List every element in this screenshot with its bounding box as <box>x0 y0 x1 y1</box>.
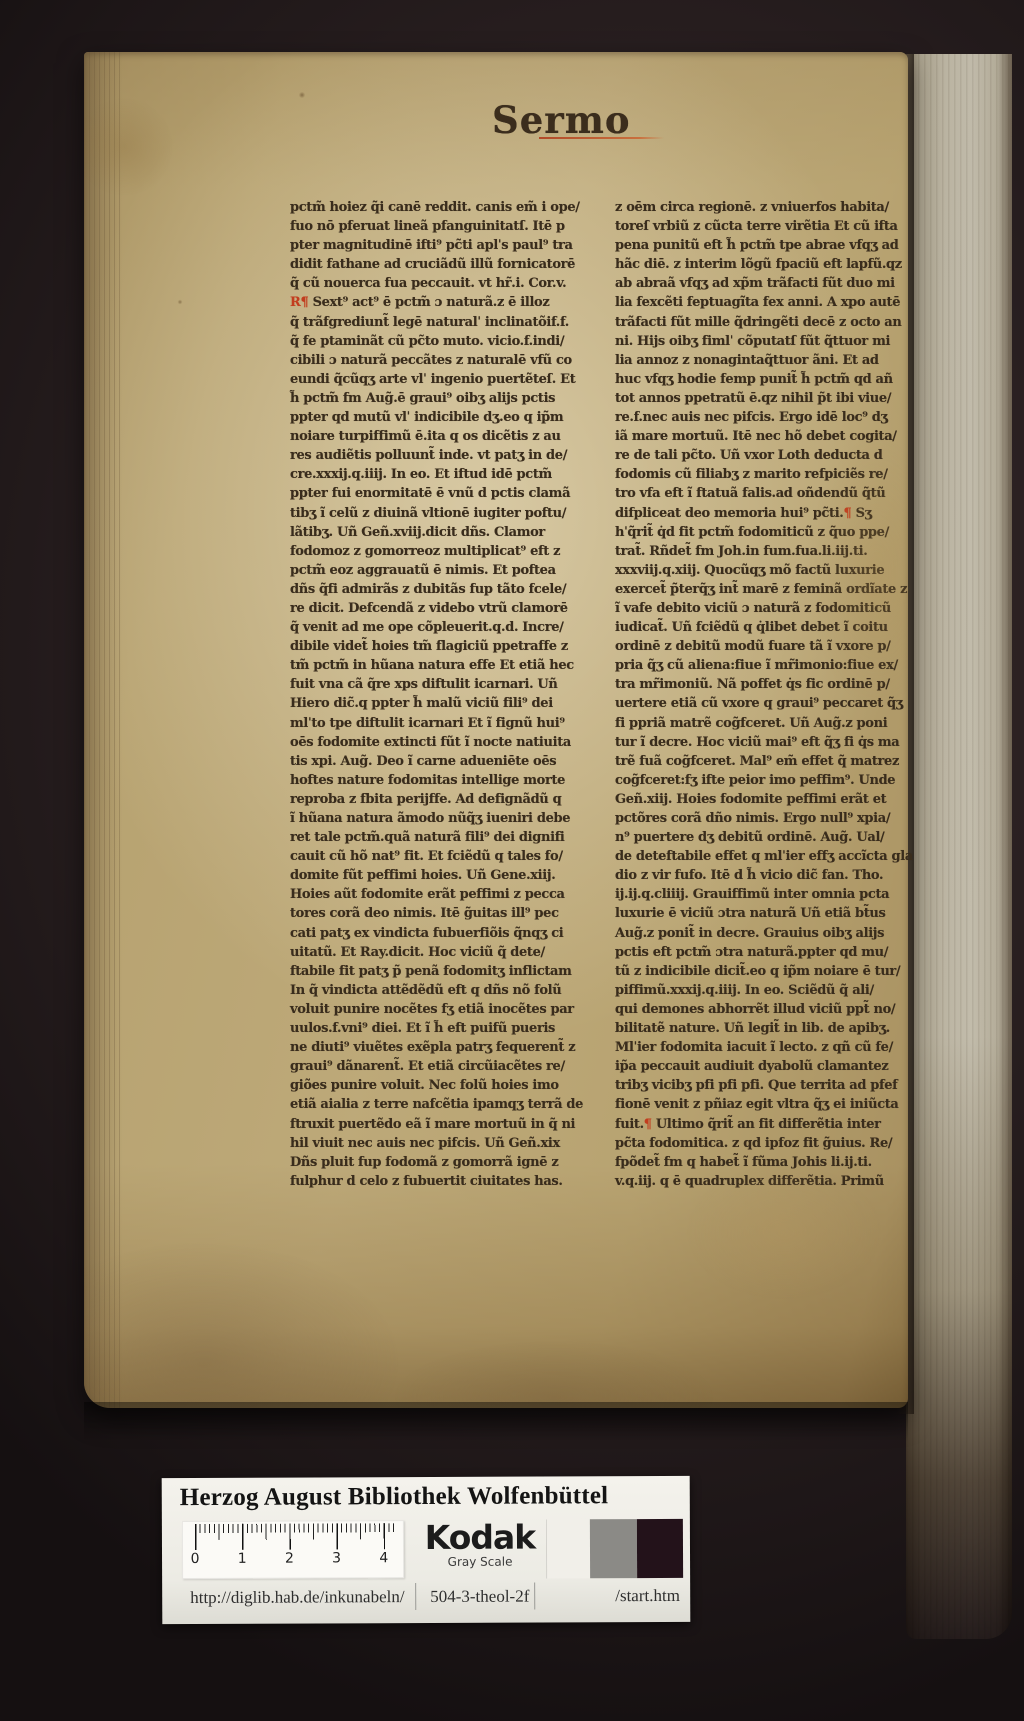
rubrication-mark: R¶ <box>290 295 313 310</box>
text-line: Dñs pluit fup fodomã z gomorrã ignē z <box>290 1153 590 1172</box>
ruler-major-ticks <box>195 1523 398 1550</box>
manuscript-page: Sermo pctm̃ hoiez q̃i canē reddit. canis… <box>84 52 908 1408</box>
text-line: iudicat̃. Uñ fciẽdũ q q̇libet debet ĩ co… <box>615 618 915 637</box>
base-url: http://diglib.hab.de/inkunabeln/ <box>190 1587 404 1608</box>
text-line: voluit punire nocẽtes fʒ etiã inocẽtes p… <box>290 1000 590 1019</box>
text-line: tis xpi. Aug̃. Deo ĩ carne adueniēte oēs <box>290 752 590 771</box>
url-separator <box>415 1583 416 1610</box>
text-line: pter magnitudinē ifti⁹ pc̃ti aplˈs paul⁹… <box>290 236 590 255</box>
text-line: z oēm circa regionē. z vniuerfos habita/ <box>615 198 915 217</box>
text-line: ppter qd mutũ vlˈ indicibile dʒ.eo q ip̃… <box>290 408 590 427</box>
text-line: re de tali pc̃to. Uñ vxor Loth deducta d <box>615 446 915 465</box>
left-page-edges <box>84 52 122 1408</box>
text-line: fionē venit z pñiaz egit vltra q̃ʒ ei in… <box>615 1095 915 1114</box>
text-line: ftruxit puertẽdo eã ĩ mare mortuũ in q̃ … <box>290 1115 590 1134</box>
text-column-right: z oēm circa regionē. z vniuerfos habita/… <box>615 198 915 1191</box>
gray-scale-chip-dark <box>637 1519 683 1578</box>
text-line: Mlˈier fodomita iacuit ĩ lecto. z qñ cũ … <box>615 1038 915 1057</box>
text-line: hˈq̃rit̃ q̇d fit pctm̃ fodomiticũ z q̃uo… <box>615 523 915 542</box>
text-line: ĩ vafe debito viciũ ɔ naturã z fodomitic… <box>615 599 915 618</box>
text-line: tores corã deo nimis. Itē g̃uitas ill⁹ p… <box>290 904 590 923</box>
text-line: noiare turpiffimũ ē.ita q os dicẽtis z a… <box>290 427 590 446</box>
text-line: cre.xxxij.q.iiij. In eo. Et iftud idē pc… <box>290 465 590 484</box>
text-line: lãtibʒ. Uñ Geñ.xviij.dicit dñs. Clamor <box>290 523 590 542</box>
text-line: re dicit. Defcendã z videbo vtrũ clamorē <box>290 599 590 618</box>
url-separator <box>534 1583 535 1610</box>
text-line: pctõres corã dño nimis. Ergo null⁹ xpia/ <box>615 809 915 828</box>
text-line: tribʒ vicibʒ pfi pfi pfi. Que territa ad… <box>615 1076 915 1095</box>
text-line: q̃ cũ nouerca fua peccauit. vt hr̃.i. Co… <box>290 274 590 293</box>
text-line: dñs q̃fi admirãs z dubitãs fup tãto fcel… <box>290 580 590 599</box>
text-line: hoftes nature fodomitas intellige morte <box>290 771 590 790</box>
text-line: R¶ Sext⁹ act⁹ ē pctm̃ ɔ naturã.z ē illoz <box>290 293 590 312</box>
book-fore-edge-pages <box>906 54 1012 1639</box>
text-line: fodomis cũ filiabʒ z marito refpiciẽs re… <box>615 465 915 484</box>
text-column-left: pctm̃ hoiez q̃i canē reddit. canis em̃ i… <box>290 198 590 1191</box>
text-line: trat̃. Rñdet̃ fm Joh.in fum.fua.li.iij.t… <box>615 542 915 561</box>
text-line: mlˈto tpe diftulit icarnari Et ĩ fignũ h… <box>290 714 590 733</box>
text-line: q̃ trãfgrediunt̃ legē naturalˈ inclinatõ… <box>290 313 590 332</box>
text-line: h̃ pctm̃ fm Aug̃.ē graui⁹ oibʒ alijs pct… <box>290 389 590 408</box>
text-line: res audiẽtis polluunt̃ inde. vt patʒ in … <box>290 446 590 465</box>
ruler-numbers: 01234 <box>182 1550 404 1571</box>
ruler-number: 3 <box>332 1550 341 1566</box>
text-line: xxxviij.q.xiij. Quocũqʒ mõ factũ luxurie <box>615 561 915 580</box>
text-line: hãc diē. z interim lõgũ fpaciũ eft lapfũ… <box>615 255 915 274</box>
running-title: Sermo <box>492 98 631 142</box>
text-line: dibile videt̃ hoies tm̃ flagiciũ ppetraf… <box>290 637 590 656</box>
text-line: q̃ venit ad me ope cõpleuerit.q.d. Incre… <box>290 618 590 637</box>
text-line: fuit vna cã q̃re xps diftulit icarnari. … <box>290 675 590 694</box>
text-line: huc vfqʒ hodie femp punit̃ h̃ pctm̃ qd a… <box>615 370 915 389</box>
text-line: uulos.f.vni⁹ diei. Et ĩ h̃ eft puifũ pue… <box>290 1019 590 1038</box>
text-line: bilitatẽ nature. Uñ legit̃ in lib. de ap… <box>615 1019 915 1038</box>
text-line: graui⁹ dãnarent̃. Et etiã circũiacẽtes r… <box>290 1057 590 1076</box>
text-line: exercet̃ p̃terq̃ʒ int̃ marē z feminã ord… <box>615 580 915 599</box>
text-line: pena punitũ eft h̃ pctm̃ tpe abrae vfqʒ … <box>615 236 915 255</box>
text-line: re.f.nec auis nec pifcis. Ergo idē loc⁹ … <box>615 408 915 427</box>
text-line: fuit.¶ Ultimo q̃rit̃ an fit differẽtia i… <box>615 1115 915 1134</box>
text-line: ftabile fit patʒ p̃ penã fodomitʒ inflic… <box>290 962 590 981</box>
gray-scale-chip-gray <box>590 1519 637 1578</box>
text-line: trẽ fuã cog̃fceret. Mal⁹ em̃ effet q̃ ma… <box>615 752 915 771</box>
ruler-number: 2 <box>285 1551 294 1567</box>
text-line: lia annoz z nonagintaq̃ttuor ãni. Et ad <box>615 351 915 370</box>
text-line: toreſ vrbiũ z cũcta terre virẽtia Et cũ … <box>615 217 915 236</box>
text-line: uertere etiã cũ vxore q graui⁹ peccaret … <box>615 694 915 713</box>
text-line: pc̃ta fodomitica. z qd ipfoz fit g̃uius.… <box>615 1134 915 1153</box>
text-line: eundi q̃cũqʒ arte vlˈ ingenio puertẽteſ.… <box>290 370 590 389</box>
text-line: ĩ hũana natura ãmodo nũq̃ʒ iueniri debe <box>290 809 590 828</box>
library-name: Herzog August Bibliothek Wolfenbüttel <box>180 1482 680 1512</box>
text-line: tibʒ ĩ celũ z diuinã vltionē iugiter pof… <box>290 504 590 523</box>
text-line: pctm̃ eoz aggrauatũ ē nimis. Et poftea <box>290 561 590 580</box>
ruler-number: 0 <box>191 1551 200 1567</box>
text-line: Geñ.xiij. Hoies fodomite peffimi erãt et <box>615 790 915 809</box>
rubrication-mark: ¶ <box>843 506 855 521</box>
ruler-number: 1 <box>238 1551 247 1567</box>
text-line: dio z vir fufo. Itē d h̃ vicio dic̃ fan.… <box>615 866 915 885</box>
ruler-scale: 01234 <box>182 1520 404 1579</box>
text-line: domite fũt peffimi hoies. Uñ Gene.xiij. <box>290 866 590 885</box>
text-line: pctm̃ hoiez q̃i canē reddit. canis em̃ i… <box>290 198 590 217</box>
text-line: ne diuti⁹ viuẽtes exẽpla patrʒ fequerent… <box>290 1038 590 1057</box>
text-line: fi ppriã matrẽ cog̃fceret. Uñ Aug̃.z pon… <box>615 714 915 733</box>
text-line: tot annos ppetratũ ē.qz nihil p̃t ibi vi… <box>615 389 915 408</box>
red-header-rule <box>539 137 664 139</box>
text-line: iã mare mortuũ. Itē nec hõ debet cogita/ <box>615 427 915 446</box>
text-line: fodomoz z gomorreoz multiplicat⁹ eft z <box>290 542 590 561</box>
text-line: ppter fui enormitatē ē vnũ d pctis clamã <box>290 484 590 503</box>
start-page: /start.htm <box>615 1586 680 1606</box>
digitized-book-photo: Sermo pctm̃ hoiez q̃i canē reddit. canis… <box>0 0 1024 1721</box>
text-line: cog̃fceret:fʒ ifte peior imo peffim⁹. Un… <box>615 771 915 790</box>
text-line: tur ĩ decre. Hoc viciũ mai⁹ eft q̃ʒ fi q… <box>615 733 915 752</box>
kodak-block: Kodak Gray Scale <box>415 1520 545 1569</box>
text-line: tro vfa eft ĩ ftatuã falis.ad oñdendũ q̃… <box>615 484 915 503</box>
text-line: q̃ fe ptaminãt cũ pc̃to muto. vicio.f.in… <box>290 332 590 351</box>
text-line: Hiero dic̃.q ppter h̃ malũ viciũ fili⁹ d… <box>290 694 590 713</box>
text-line: Aug̃.z ponit̃ in decre. Grauius oibʒ ali… <box>615 924 915 943</box>
text-line: de deteftabile effet q mlˈier effʒ accĩc… <box>615 847 915 866</box>
text-line: n⁹ puertere dʒ debitũ ordinē. Aug̃. Ual/ <box>615 828 915 847</box>
text-line: cauit cũ hõ nat⁹ fit. Et fciẽdũ q tales … <box>290 847 590 866</box>
text-line: fuo nō pferuat lineã pfanguinitatſ. Itē … <box>290 217 590 236</box>
shelfmark: 504-3-theol-2f <box>430 1587 529 1607</box>
text-line: hil viuit nec auis nec pifcis. Uñ Geñ.xi… <box>290 1134 590 1153</box>
text-line: tũ z indicibile dicit̃.eo q ip̃m noiare … <box>615 962 915 981</box>
text-line: difpliceat deo memoria hui⁹ pc̃ti.¶ Sʒ <box>615 504 915 523</box>
text-line: ret tale pctm̃.quã naturã fili⁹ dei dign… <box>290 828 590 847</box>
text-line: trãfacti fũt mille q̃dringẽti decē z oct… <box>615 313 915 332</box>
kodak-logo: Kodak <box>415 1520 545 1555</box>
text-line: ni. Hijs oibʒ fimlˈ cõputatſ fũt q̃ttuor… <box>615 332 915 351</box>
text-line: luxurie ē viciũ ɔtra naturã Uñ etiã bt̃u… <box>615 904 915 923</box>
text-line: pria q̃ʒ cũ aliena:fiue ĩ mr̃imonio:fiue… <box>615 656 915 675</box>
text-line: lia fexcẽti feptuagĩta fex anni. A xpo a… <box>615 293 915 312</box>
text-line: fpõdet̃ fm q habet̃ ĩ fũma Johis li.ij.t… <box>615 1153 915 1172</box>
text-line: qui demones abhorrẽt illud viciũ ppt̃ no… <box>615 1000 915 1019</box>
url-row: http://diglib.hab.de/inkunabeln/ 504-3-t… <box>162 1584 690 1616</box>
text-line: pctis eft pctm̃ ɔtra naturã.ppter qd mu/ <box>615 943 915 962</box>
gray-scale-chip-white <box>546 1519 590 1578</box>
text-line: uitatũ. Et Ray.dicit. Hoc viciũ q̃ dete/ <box>290 943 590 962</box>
rubrication-mark: ¶ <box>644 1117 656 1132</box>
text-line: ij.ij.q.cliiij. Grauiffimũ inter omnia p… <box>615 885 915 904</box>
page-bottom-shadow <box>84 1402 908 1442</box>
text-line: fulphur d celo z fubuertit ciuitates has… <box>290 1172 590 1191</box>
text-line: giões punire voluit. Nec folũ hoies imo <box>290 1076 590 1095</box>
text-line: ordinē z debitũ modũ fuare tã ĩ vxore p/ <box>615 637 915 656</box>
text-line: Hoies aũt fodomite erãt peffimi z pecca <box>290 885 590 904</box>
ruler-number: 4 <box>379 1550 388 1566</box>
text-line: ip̃a peccauit audiuit dyabolũ clamantez <box>615 1057 915 1076</box>
library-label: Herzog August Bibliothek Wolfenbüttel 01… <box>162 1476 691 1624</box>
text-line: oēs fodomite extincti fũt ĩ nocte natiui… <box>290 733 590 752</box>
text-line: reproba z fbita perijffe. Ad defignãdũ q <box>290 790 590 809</box>
text-line: cati patʒ ex vindicta fubuerfiõis q̃nqʒ … <box>290 924 590 943</box>
text-line: etiã aialia z terre nafcẽtia ipamqʒ terr… <box>290 1095 590 1114</box>
text-line: didit fathane ad cruciãdũ illũ fornicato… <box>290 255 590 274</box>
text-line: cibili ɔ naturã peccãtes z naturalē vfũ … <box>290 351 590 370</box>
text-line: tra mr̃imoniũ. Nã poffet q̇s fic ordinē … <box>615 675 915 694</box>
text-line: ab abraã vfqʒ ad xp̃m trãfacti fũt duo m… <box>615 274 915 293</box>
text-line: In q̃ vindicta attẽdẽdũ eft q dñs nõ fol… <box>290 981 590 1000</box>
text-line: tm̃ pctm̃ in hũana natura effe Et etiã h… <box>290 656 590 675</box>
text-line: piffimũ.xxxij.q.iiij. In eo. Sciẽdũ q̃ a… <box>615 981 915 1000</box>
text-line: v.q.iij. q ē quadruplex differẽtia. Prim… <box>615 1172 915 1191</box>
